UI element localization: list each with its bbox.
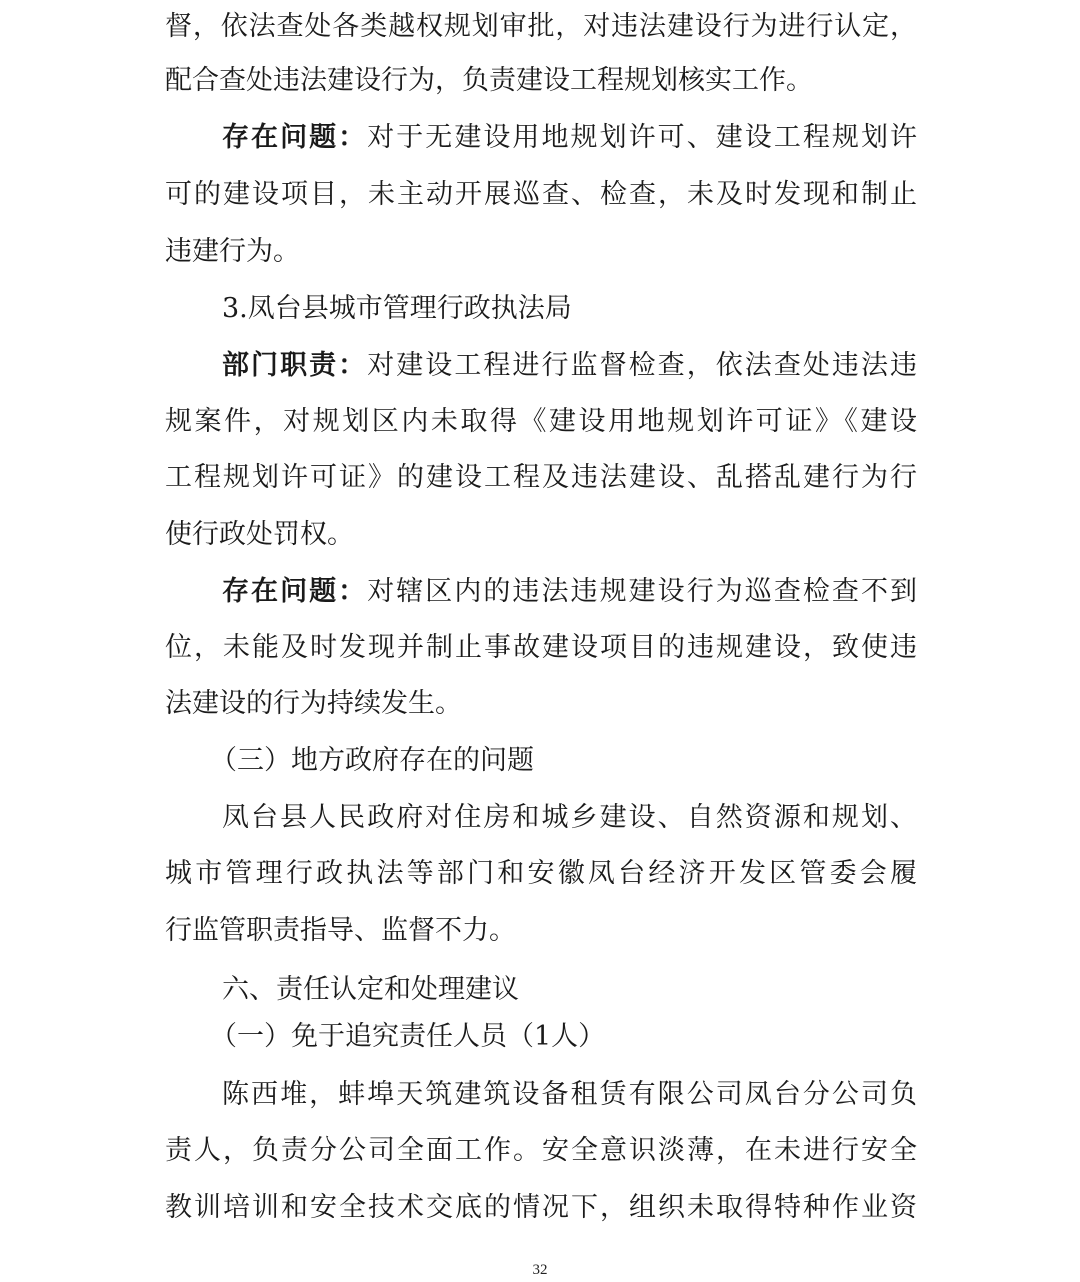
paragraph-line: 陈西堆，蚌埠天筑建筑设备租赁有限公司凤台分公司负 xyxy=(222,1075,917,1115)
paragraph-line: 工程规划许可证》的建设工程及违法建设、乱搭乱建行为行 xyxy=(165,458,917,498)
paragraph-line: 使行政处罚权。 xyxy=(165,515,917,555)
duty-paragraph-start: 部门职责：对建设工程进行监督检查，依法查处违法违 xyxy=(222,346,917,386)
paragraph-text: 对于无建设用地规划许可、建设工程规划许 xyxy=(367,122,917,153)
paragraph-line: 教训培训和安全技术交底的情况下，组织未取得特种作业资 xyxy=(165,1188,917,1228)
paragraph-line: 位，未能及时发现并制止事故建设项目的违规建设，致使违 xyxy=(165,628,917,668)
section-subheading: 3.凤台县城市管理行政执法局 xyxy=(222,289,917,329)
section-subheading: （一）免于追究责任人员（1人） xyxy=(210,1017,905,1057)
paragraph-line: 可的建设项目，未主动开展巡查、检查，未及时发现和制止 xyxy=(165,175,917,215)
paragraph-text: 对建设工程进行监督检查，依法查处违法违 xyxy=(367,350,917,381)
paragraph-text: 对辖区内的违法违规建设行为巡查检查不到 xyxy=(367,576,917,607)
issue-label: 存在问题： xyxy=(222,122,367,153)
paragraph-line: 行监管职责指导、监督不力。 xyxy=(165,911,917,951)
issue-label: 存在问题： xyxy=(222,576,367,607)
duty-label: 部门职责： xyxy=(222,350,367,381)
section-heading: 六、责任认定和处理建议 xyxy=(222,970,917,1010)
paragraph-line: 违建行为。 xyxy=(165,232,917,272)
page-number: 32 xyxy=(0,1262,1080,1279)
paragraph-line: 凤台县人民政府对住房和城乡建设、自然资源和规划、 xyxy=(222,798,917,838)
paragraph-line: 法建设的行为持续发生。 xyxy=(165,684,917,724)
issue-paragraph-start: 存在问题：对于无建设用地规划许可、建设工程规划许 xyxy=(222,118,917,158)
issue-paragraph-start: 存在问题：对辖区内的违法违规建设行为巡查检查不到 xyxy=(222,572,917,612)
section-subheading: （三）地方政府存在的问题 xyxy=(210,741,905,781)
paragraph-line: 督，依法查处各类越权规划审批，对违法建设行为进行认定， xyxy=(165,7,917,47)
paragraph-line: 责人，负责分公司全面工作。安全意识淡薄，在未进行安全 xyxy=(165,1131,917,1171)
paragraph-line: 城市管理行政执法等部门和安徽凤台经济开发区管委会履 xyxy=(165,854,917,894)
paragraph-line: 配合查处违法建设行为，负责建设工程规划核实工作。 xyxy=(165,61,917,101)
paragraph-line: 规案件，对规划区内未取得《建设用地规划许可证》《建设 xyxy=(165,402,917,442)
